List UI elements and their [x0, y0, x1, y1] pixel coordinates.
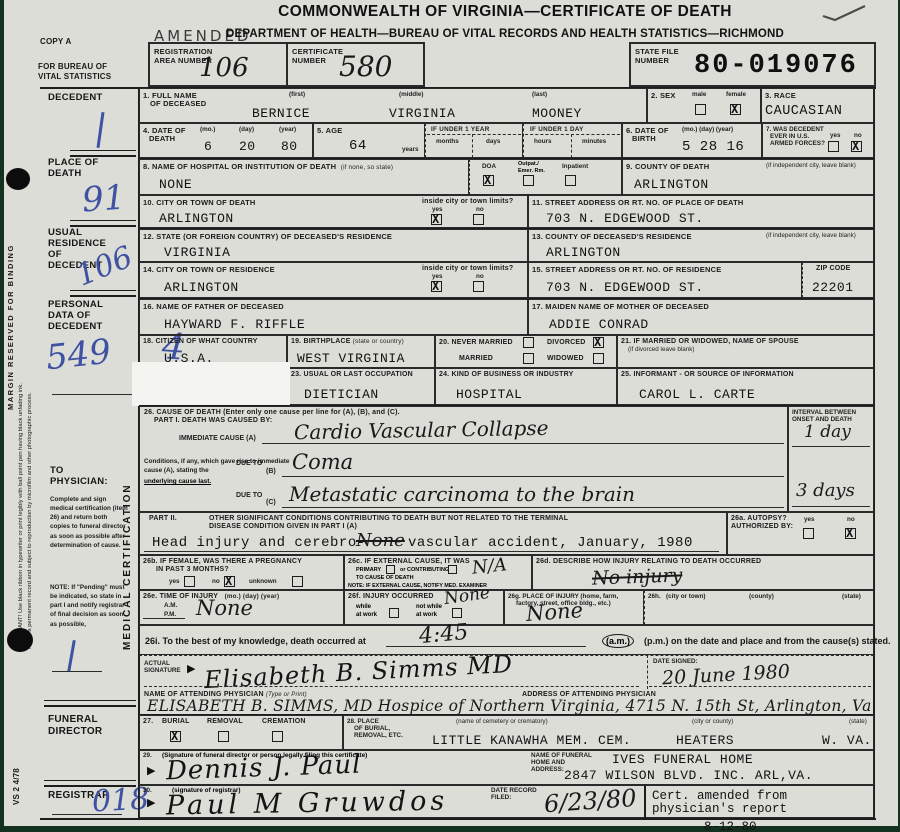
death-limits-no-checkbox — [473, 214, 484, 225]
funeral-home-label3: ADDRESS: — [531, 766, 564, 774]
city-of-death-label: 10. CITY OR TOWN OF DEATH — [143, 198, 256, 207]
never-married-checkbox — [523, 337, 534, 348]
part2-text2: DISEASE CONDITION GIVEN IN PART I (A) — [209, 523, 357, 532]
removal-label: REMOVAL — [207, 718, 243, 727]
death-month-value: 6 — [204, 140, 212, 154]
certificate-subtitle: DEPARTMENT OF HEALTH—BUREAU OF VITAL REC… — [226, 28, 784, 40]
conditions-note: Conditions, if any, which gave rise to i… — [144, 458, 304, 475]
dashed-divider — [472, 134, 473, 158]
not-while-at-work-checkbox — [452, 608, 462, 618]
dashed-rule — [525, 134, 620, 135]
interval-b-value: 3 days — [796, 482, 855, 500]
cause-b-line — [282, 476, 784, 477]
age-value: 64 — [349, 139, 367, 154]
armed-no-checkbox — [851, 141, 862, 152]
father-name-label: 16. NAME OF FATHER OF DECEASED — [143, 302, 284, 311]
cause-c-value: Metastatic carcinoma to the brain — [289, 484, 635, 504]
married-checkbox — [523, 353, 534, 364]
pending-note: NOTE: If "Pending" must be indicated, so… — [50, 583, 130, 629]
margin-rule — [44, 700, 136, 707]
time-of-injury-value: None — [196, 598, 253, 619]
outpatient-label-1: Outpat./ — [518, 161, 539, 167]
immediate-cause-label: IMMEDIATE CAUSE (A) — [179, 435, 256, 443]
occupation-label: 23. USUAL OR LAST OCCUPATION — [291, 371, 413, 380]
residence-limits-yes-checkbox — [431, 281, 442, 292]
birthplace-label-text: 19. BIRTHPLACE — [291, 338, 351, 345]
cause-a-line — [262, 443, 784, 444]
first-name-value: BERNICE — [252, 107, 310, 121]
pregnancy-yes-checkbox — [184, 576, 195, 587]
doa-checkbox — [483, 175, 494, 186]
actual-signature-label2: SIGNATURE — [144, 667, 181, 675]
occupation-value: DIETICIAN — [304, 388, 379, 402]
part1-label: PART I. DEATH WAS CAUSED BY: — [154, 417, 272, 426]
street-of-death-label: 11. STREET ADDRESS OR RT. NO. OF PLACE O… — [532, 198, 744, 207]
to-physician-label: TO PHYSICIAN: — [50, 466, 120, 488]
important-note-2: This is a permanent record and subject t… — [27, 180, 33, 650]
pregnancy-no-label: no — [212, 578, 220, 586]
county-of-death-label: 9. COUNTY OF DEATH — [626, 162, 709, 171]
burial-state-sublabel: (state) — [849, 718, 867, 726]
under-1-day-label: IF UNDER 1 DAY — [530, 126, 584, 134]
certificate-number-value: 580 — [339, 53, 392, 81]
due-to-c-label: DUE TO — [236, 492, 262, 500]
father-name-value: HAYWARD F. RIFFLE — [164, 318, 305, 332]
state-file-value: 80-019076 — [694, 51, 858, 81]
cemetery-value: LITTLE KANAWHA MEM. CEM. — [432, 734, 631, 748]
birthplace-value: WEST VIRGINIA — [297, 352, 405, 366]
residence-state-label: 12. STATE (OR FOREIGN COUNTRY) OF DECEAS… — [143, 232, 392, 241]
mother-name-value: ADDIE CONRAD — [549, 318, 649, 332]
am-circled: (a.m.) — [602, 634, 634, 648]
date-signed-value: 20 June 1980 — [662, 663, 791, 689]
date-filed-value: 6/23/80 — [543, 786, 637, 816]
date-of-birth-label2: BIRTH — [632, 134, 656, 143]
copy-label: COPY A — [40, 37, 71, 47]
residence-county-sublabel: (if independent city, leave blank) — [766, 232, 856, 240]
margin-number-91: 91 — [81, 181, 127, 218]
state-file-label: STATE FILE NUMBER — [635, 47, 680, 66]
autopsy-no-checkbox — [845, 528, 856, 539]
to-cause-label: TO CAUSE OF DEATH — [356, 575, 414, 581]
outpatient-label-2: Emer. Rm. — [518, 168, 545, 174]
sex-female-checkbox — [730, 104, 741, 115]
registrar-number-label: 30. — [143, 787, 152, 795]
while-label-2: at work — [356, 612, 377, 618]
am-circled-text: (a.m.) — [602, 634, 634, 648]
residence-street-label: 15. STREET ADDRESS OR RT. NO. OF RESIDEN… — [532, 265, 721, 274]
divorced-label: DIVORCED — [547, 339, 586, 348]
important-note-1: IMPORTANT! Use black ribbon in typewrite… — [18, 180, 24, 650]
time-of-death-label: 26i. To the best of my knowledge, death … — [145, 636, 366, 646]
pregnancy-yes-label: yes — [169, 578, 180, 586]
injury-city-label: (city or town) — [666, 593, 706, 601]
residence-limits-no-label: no — [476, 273, 484, 281]
date-of-birth-value: 5 28 16 — [682, 140, 744, 155]
binding-margin-label: MARGIN RESERVED FOR BINDING — [6, 70, 15, 410]
months-label: months — [436, 138, 459, 146]
year-label: (year) — [279, 126, 296, 134]
injury-description-value: No injury — [592, 566, 683, 588]
funeral-home-name: IVES FUNERAL HOME — [612, 753, 753, 767]
hospital-label: 8. NAME OF HOSPITAL OR INSTITUTION OF DE… — [143, 162, 393, 172]
injury-state-label: (state) — [842, 593, 861, 601]
date-filed-label2: FILED: — [491, 794, 511, 802]
section-personal-data-label: PERSONAL DATA OF DECEDENT — [48, 300, 118, 333]
sex-label: 2. SEX — [651, 91, 676, 100]
informant-value: CAROL L. CARTE — [639, 388, 755, 402]
spouse-sublabel: (if divorced leave blank) — [628, 346, 695, 354]
while-at-work-label: whileat work — [356, 604, 377, 620]
not-while-label-1: not while — [416, 604, 442, 610]
hole-punch — [7, 628, 33, 652]
margin-rule — [70, 150, 136, 157]
death-day-value: 20 — [239, 140, 256, 154]
zip-label: ZIP CODE — [816, 265, 851, 274]
cremation-label: CREMATION — [262, 718, 306, 727]
hours-label: hours — [534, 138, 552, 146]
attending-physician-value: ELISABETH B. SIMMS, MD Hospice of Northe… — [147, 699, 877, 715]
mo-label: (mo.) — [200, 126, 215, 134]
margin-rule — [52, 814, 122, 815]
outpatient-checkbox — [523, 175, 534, 186]
middle-name-value: VIRGINIA — [389, 107, 455, 121]
never-married-label: 20. NEVER MARRIED — [439, 339, 513, 348]
not-while-label-2: at work — [416, 612, 437, 618]
autopsy-label2: AUTHORIZED BY: — [731, 523, 793, 532]
race-label: 3. RACE — [765, 91, 796, 100]
outpatient-label: Outpat./Emer. Rm. — [518, 161, 545, 174]
amend-note-divider — [644, 785, 646, 818]
amend-note-line1: Cert. amended from — [652, 789, 787, 803]
registrar-signature: Paul M Gruwdos — [166, 788, 449, 820]
whiteout-redaction — [132, 362, 290, 406]
residence-city-value: ARLINGTON — [164, 281, 239, 295]
minutes-label: minutes — [582, 138, 606, 146]
margin-number-549: 549 — [44, 335, 112, 376]
form-number-label: VS 2 4/78 — [12, 735, 22, 805]
external-cause-value: N/A — [471, 556, 508, 578]
while-at-work-checkbox — [389, 608, 399, 618]
to-physician-body: Complete and sign medical certification … — [50, 495, 128, 550]
date-of-death-label2: DEATH — [149, 134, 175, 143]
burial-checkbox — [170, 731, 181, 742]
time-of-death-line — [386, 646, 586, 647]
informant-label: 25. INFORMANT - OR SOURCE OF INFORMATION — [621, 371, 794, 380]
armed-yes-checkbox — [828, 141, 839, 152]
citizen-label: 18. CITIZEN OF WHAT COUNTRY — [143, 338, 258, 347]
first-label: (first) — [289, 91, 305, 99]
city-of-death-value: ARLINGTON — [159, 212, 234, 226]
business-value: HOSPITAL — [456, 388, 522, 402]
doa-label: DOA — [482, 163, 496, 171]
days-label: days — [486, 138, 500, 146]
last-name-value: MOONEY — [532, 107, 582, 121]
for-bureau-label: FOR BUREAU OF VITAL STATISTICS — [38, 62, 118, 82]
hospital-sublabel: (if none, so state) — [341, 164, 393, 171]
residence-street-value: 703 N. EDGEWOOD ST. — [546, 281, 704, 295]
dashed-divider — [647, 655, 648, 689]
residence-state-value: VIRGINIA — [164, 246, 230, 260]
pen-tally-mark-1 — [97, 112, 105, 148]
county-of-death-sublabel: (if independent city, leave blank) — [766, 162, 856, 170]
contributing-label: or CONTRIBUTING — [400, 567, 449, 573]
while-label-1: while — [356, 604, 371, 610]
pregnancy-no-checkbox — [224, 576, 235, 587]
amend-note-line2: physician's report — [652, 802, 787, 816]
margin-rule — [70, 290, 136, 297]
injury-location-label: 26h. — [648, 593, 661, 601]
sex-male-checkbox — [695, 104, 706, 115]
part2-struck-word: None — [356, 532, 405, 550]
disposition-number-label: 27. — [143, 718, 153, 727]
contributing-checkbox — [448, 565, 457, 574]
signature-arrow-icon: ▶ — [147, 796, 155, 809]
county-of-death-value: ARLINGTON — [634, 178, 709, 192]
cremation-checkbox — [272, 731, 283, 742]
pen-checkmark — [819, 2, 869, 24]
certificate-title: COMMONWEALTH OF VIRGINIA—CERTIFICATE OF … — [140, 3, 870, 21]
section-funeral-director-label: FUNERAL DIRECTOR — [48, 714, 108, 737]
amend-date: 8-12-80 — [704, 820, 757, 832]
residence-county-value: ARLINGTON — [546, 246, 621, 260]
business-label: 24. KIND OF BUSINESS OR INDUSTRY — [439, 371, 574, 380]
widowed-checkbox — [593, 353, 604, 364]
part2-line — [144, 551, 719, 552]
autopsy-yes-checkbox — [803, 528, 814, 539]
signature-line — [144, 686, 639, 687]
primary-label: PRIMARY — [356, 567, 381, 573]
primary-checkbox — [386, 565, 395, 574]
residence-county-label: 13. COUNTY OF DECEASED'S RESIDENCE — [532, 232, 692, 241]
cause-a-value: Cardio Vascular Collapse — [294, 418, 549, 442]
time-of-death-rest: (p.m.) on the date and place and from th… — [644, 636, 891, 646]
hospital-value: NONE — [159, 178, 192, 192]
sex-female-label: female — [726, 91, 746, 99]
birthplace-label: 19. BIRTHPLACE (state or country) — [291, 338, 404, 347]
section-decedent-label: DECEDENT — [48, 93, 103, 104]
signature-arrow-icon: ▶ — [187, 662, 195, 675]
birthplace-sublabel: (state or country) — [353, 338, 404, 345]
pregnancy-unknown-checkbox — [292, 576, 303, 587]
burial-state-value: W. VA. — [822, 734, 872, 748]
day-label: (day) — [239, 126, 254, 134]
certificate-paper: COMMONWEALTH OF VIRGINIA—CERTIFICATE OF … — [4, 0, 898, 826]
middle-label: (middle) — [399, 91, 424, 99]
c-label: (C) — [266, 499, 276, 507]
director-number-label: 29. — [143, 752, 152, 760]
injury-county-label: (county) — [749, 593, 774, 601]
residence-city-label: 14. CITY OR TOWN OF RESIDENCE — [143, 265, 275, 274]
armed-forces-label3: ARMED FORCES? — [770, 140, 825, 148]
date-signed-line — [649, 686, 871, 687]
not-while-at-work-label: not whileat work — [416, 604, 442, 620]
interval-a-line — [792, 446, 870, 447]
registration-value: 106 — [199, 55, 249, 81]
widowed-label: WIDOWED — [547, 355, 584, 364]
conditions-note2: underlying cause last. — [144, 478, 211, 485]
age-label: 5. AGE — [317, 126, 343, 135]
death-certificate-scan: { "colors":{"paper":"#dcddd6","ink":"#1d… — [0, 0, 900, 832]
time-line — [143, 618, 185, 619]
burial-city-value: HEATERS — [676, 734, 734, 748]
pen-tally-mark-2 — [67, 640, 76, 672]
margin-rule — [44, 780, 136, 787]
margin-rule — [52, 671, 102, 672]
part2-label: PART II. — [149, 515, 177, 524]
hole-punch — [6, 168, 30, 190]
autopsy-no-label: no — [847, 516, 855, 524]
full-name-label2: OF DECEASED — [150, 99, 206, 108]
burial-city-sublabel: (city or county) — [692, 718, 733, 726]
time-of-death-value: 4:45 — [418, 622, 469, 648]
section-place-of-death-label: PLACE OF DEATH — [48, 158, 108, 180]
cemetery-sublabel: (name of cemetery or crematory) — [456, 718, 548, 726]
margin-rule — [70, 220, 136, 227]
dashed-divider — [571, 134, 572, 158]
under-1-year-label: IF UNDER 1 YEAR — [431, 126, 490, 134]
interval-b-line — [792, 506, 870, 507]
cause-c-line — [282, 507, 784, 508]
death-year-value: 80 — [281, 140, 298, 154]
part2-value1: Head injury and cerebro- — [152, 536, 366, 551]
funeral-home-address: 2847 WILSON BLVD. INC. ARL,VA. — [564, 769, 813, 783]
autopsy-yes-label: yes — [804, 516, 815, 524]
years-label: years — [402, 146, 418, 154]
margin-rule — [52, 394, 136, 395]
sex-male-label: male — [692, 91, 706, 99]
inpatient-label: Inpatient — [562, 163, 588, 171]
street-of-death-value: 703 N. EDGEWOOD ST. — [546, 212, 704, 226]
hospital-label-text: 8. NAME OF HOSPITAL OR INSTITUTION OF DE… — [143, 162, 336, 171]
death-limits-no-label: no — [476, 206, 484, 214]
date-signed-label: DATE SIGNED: — [653, 658, 698, 666]
married-label: MARRIED — [459, 355, 493, 364]
zip-value: 22201 — [812, 281, 854, 295]
pregnancy-unknown-label: unknown — [249, 578, 277, 586]
pregnancy-label2: IN PAST 3 MONTHS? — [156, 566, 229, 575]
divorced-checkbox — [593, 337, 604, 348]
death-limits-yes-checkbox — [431, 214, 442, 225]
part2-value2: vascular accident, January, 1980 — [408, 536, 693, 551]
residence-limits-no-checkbox — [473, 281, 484, 292]
dashed-rule — [427, 134, 521, 135]
funeral-director-signature: Dennis J. Paul — [166, 752, 362, 785]
armed-yes-label: yes — [830, 132, 841, 140]
removal-checkbox — [218, 731, 229, 742]
injury-occurred-label: 26f. INJURY OCCURRED — [348, 593, 434, 602]
race-value: CAUCASIAN — [765, 105, 842, 120]
place-of-burial-label3: REMOVAL, ETC. — [354, 732, 403, 740]
interval-a-value: 1 day — [804, 424, 851, 441]
last-label: (last) — [532, 91, 547, 99]
mother-name-label: 17. MAIDEN NAME OF MOTHER OF DECEASED — [532, 302, 709, 311]
am-label: A.M. — [164, 602, 177, 610]
date-of-birth-sublabels: (mo.) (day) (year) — [682, 126, 733, 134]
inpatient-checkbox — [565, 175, 576, 186]
place-of-injury-value: None — [525, 600, 583, 625]
burial-label: BURIAL — [162, 718, 190, 727]
signature-arrow-icon: ▶ — [147, 764, 155, 777]
